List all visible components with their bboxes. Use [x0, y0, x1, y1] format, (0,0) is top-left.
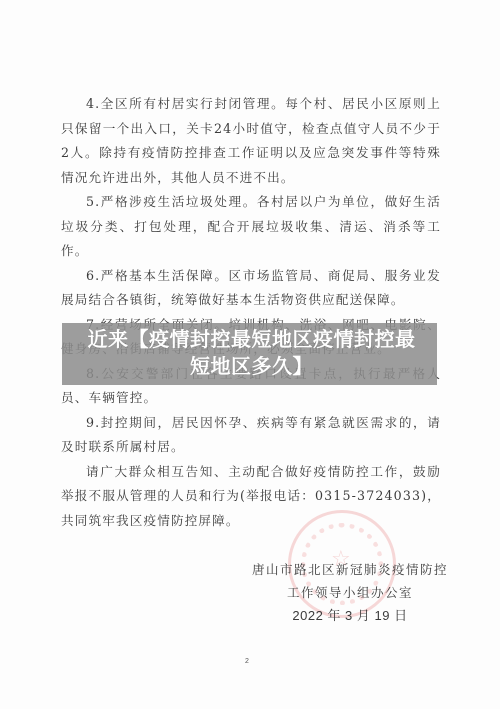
paragraph-closing-appeal: 请广大群众相互告知、主动配合做好疫情防控工作，鼓励举报不服从管理的人员和行为(举…: [61, 460, 441, 534]
signature-org-line2: 工作领导小组办公室: [250, 581, 450, 604]
document-body: 4.全区所有村居实行封闭管理。每个村、居民小区原则上只保留一个出入口，关卡24小…: [61, 92, 441, 533]
document-page: 4.全区所有村居实行封闭管理。每个村、居民小区原则上只保留一个出入口，关卡24小…: [0, 0, 500, 709]
paragraph-item-6: 6.严格基本生活保障。区市场监管局、商促局、服务业发展局结合各镇街，统筹做好基本…: [61, 264, 441, 313]
signature-date: 2022 年 3 月 19 日: [250, 604, 450, 627]
paragraph-item-9: 9.封控期间，居民因怀孕、疾病等有紧急就医需求的，请及时联系所属村居。: [61, 411, 441, 460]
page-number: 2: [245, 658, 249, 665]
title-overlay-banner: 近来【疫情封控最短地区疫情封控最 短地区多久】: [62, 323, 437, 385]
paragraph-item-5: 5.严格涉疫生活垃圾处理。各村居以户为单位，做好生活垃圾分类、打包处理，配合开展…: [61, 190, 441, 264]
signature-block: 唐山市路北区新冠肺炎疫情防控 工作领导小组办公室 2022 年 3 月 19 日: [250, 558, 450, 627]
signature-org-line1: 唐山市路北区新冠肺炎疫情防控: [250, 558, 450, 581]
paragraph-item-4: 4.全区所有村居实行封闭管理。每个村、居民小区原则上只保留一个出入口，关卡24小…: [61, 92, 441, 190]
overlay-title-line2: 短地区多久】: [72, 353, 431, 380]
overlay-title-line1: 近来【疫情封控最短地区疫情封控最: [72, 326, 431, 353]
